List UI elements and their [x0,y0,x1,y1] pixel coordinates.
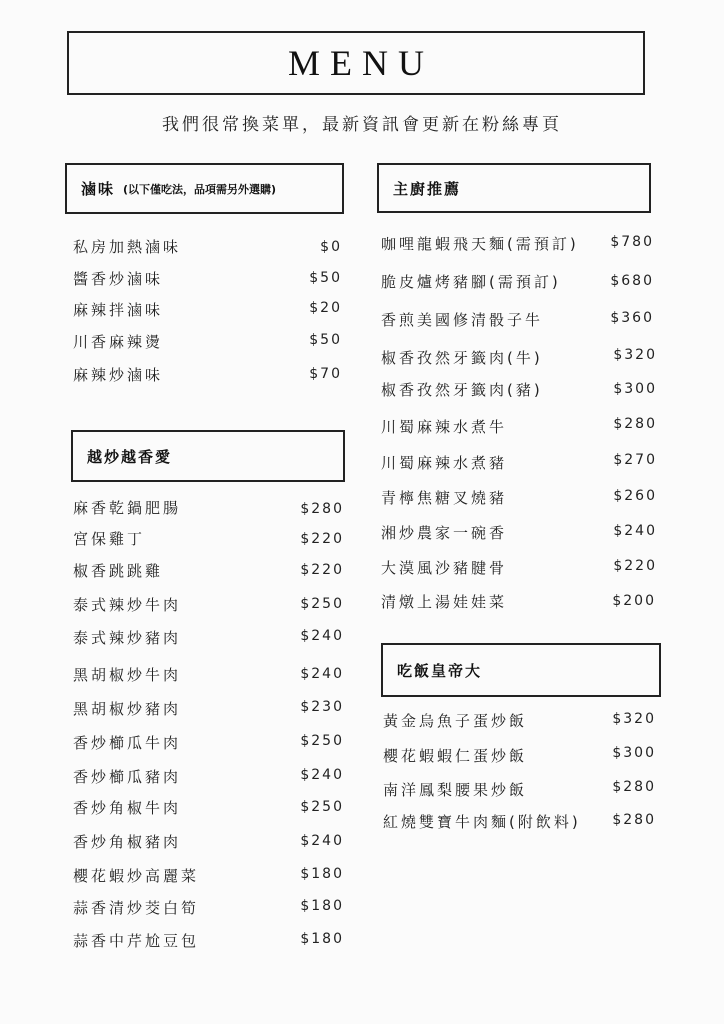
menu-item-price: $220 [613,558,657,574]
menu-item-name: 川蜀麻辣水煮牛 [381,416,507,437]
menu-item-price: $280 [612,812,656,828]
menu-item-name: 椒香孜然牙籤肉(豬) [381,379,543,400]
menu-item-name: 麻香乾鍋肥腸 [73,497,181,518]
menu-item-name: 香炒櫛瓜牛肉 [73,732,181,753]
menu-item-name: 黑胡椒炒牛肉 [73,664,181,685]
menu-item-price: $50 [309,270,342,286]
menu-item-name: 蒜香中芹尬豆包 [73,930,199,951]
menu-item-name: 椒香孜然牙籤肉(牛) [381,347,543,368]
menu-item-price: $320 [612,711,656,727]
menu-item-price: $240 [300,628,344,644]
menu-item-price: $220 [300,562,344,578]
menu-item-name: 黃金烏魚子蛋炒飯 [383,710,527,731]
menu-item-name: 香炒櫛瓜豬肉 [73,766,181,787]
section-title: 滷味 [81,178,115,199]
menu-item-name: 咖哩龍蝦飛天麵(需預訂) [381,233,579,254]
menu-item-name: 大漠風沙豬腱骨 [381,557,507,578]
menu-item-price: $50 [309,332,342,348]
menu-item-name: 宮保雞丁 [73,528,145,549]
menu-item-price: $680 [610,273,654,289]
menu-item-price: $180 [300,866,344,882]
menu-item-name: 川蜀麻辣水煮豬 [381,452,507,473]
menu-item-price: $250 [300,733,344,749]
menu-item-price: $180 [300,931,344,947]
menu-item-price: $0 [320,239,342,255]
menu-item-name: 脆皮爐烤豬腳(需預訂) [381,271,561,292]
menu-title: MENU [278,42,434,84]
menu-item-price: $260 [613,488,657,504]
menu-item-price: $240 [300,767,344,783]
section-title: 越炒越香愛 [87,446,172,467]
menu-item-name: 泰式辣炒牛肉 [73,594,181,615]
section-header-stirfry: 越炒越香愛 [71,430,345,482]
menu-item-price: $360 [610,310,654,326]
menu-item-name: 香煎美國修清骰子牛 [381,309,543,330]
menu-item-name: 川香麻辣燙 [73,331,163,352]
menu-item-name: 南洋鳳梨腰果炒飯 [383,779,527,800]
section-header-braised: 滷味 (以下僅吃法，品項需另外選購) [65,163,344,214]
menu-item-name: 醬香炒滷味 [73,268,163,289]
menu-item-name: 麻辣炒滷味 [73,364,163,385]
menu-item-price: $270 [613,452,657,468]
menu-item-price: $240 [300,666,344,682]
menu-item-price: $280 [613,416,657,432]
menu-item-price: $280 [300,501,344,517]
menu-subtitle: 我們很常換菜單，最新資訊會更新在粉絲專頁 [0,110,724,135]
menu-item-price: $200 [612,593,656,609]
menu-item-name: 香炒角椒豬肉 [73,831,181,852]
menu-item-price: $780 [610,234,654,250]
menu-item-price: $250 [300,596,344,612]
menu-item-name: 椒香跳跳雞 [73,560,163,581]
menu-item-price: $300 [612,745,656,761]
menu-item-name: 泰式辣炒豬肉 [73,627,181,648]
menu-item-name: 湘炒農家一碗香 [381,522,507,543]
menu-item-name: 蒜香清炒茭白筍 [73,897,199,918]
menu-item-price: $320 [613,347,657,363]
menu-item-name: 黑胡椒炒豬肉 [73,698,181,719]
menu-item-price: $240 [300,833,344,849]
menu-item-price: $280 [612,779,656,795]
section-title: 吃飯皇帝大 [397,660,482,681]
menu-item-price: $20 [309,300,342,316]
section-note: (以下僅吃法，品項需另外選購) [123,181,276,197]
menu-item-name: 櫻花蝦炒高麗菜 [73,865,199,886]
menu-item-name: 私房加熱滷味 [73,236,181,257]
menu-item-name: 櫻花蝦蝦仁蛋炒飯 [383,745,527,766]
menu-item-name: 香炒角椒牛肉 [73,797,181,818]
menu-item-price: $180 [300,898,344,914]
menu-item-price: $230 [300,699,344,715]
menu-item-price: $240 [613,523,657,539]
section-title: 主廚推薦 [393,178,461,199]
section-header-rice: 吃飯皇帝大 [381,643,661,697]
menu-title-box: MENU [67,31,645,95]
menu-item-name: 青檸焦糖叉燒豬 [381,487,507,508]
menu-item-name: 麻辣拌滷味 [73,299,163,320]
menu-item-name: 紅燒雙寶牛肉麵(附飲料) [383,811,581,832]
menu-item-price: $300 [613,381,657,397]
section-header-chef: 主廚推薦 [377,163,651,213]
menu-item-name: 清燉上湯娃娃菜 [381,591,507,612]
menu-item-price: $70 [309,366,342,382]
menu-item-price: $220 [300,531,344,547]
menu-item-price: $250 [300,799,344,815]
